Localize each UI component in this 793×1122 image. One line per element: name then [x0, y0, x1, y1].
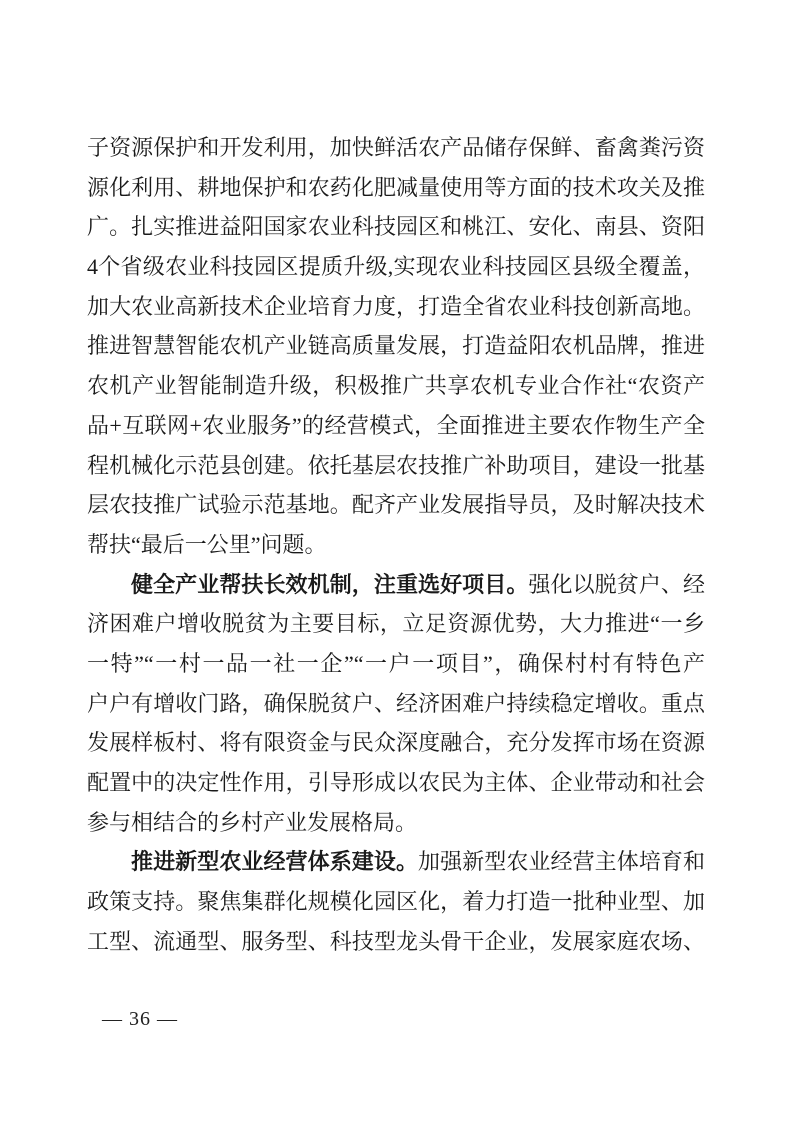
line-text: 强化以脱贫户、经 [528, 572, 705, 597]
text-line: 帮扶“最后一公里”问题。 [87, 525, 705, 565]
line-text: 源化利用、耕地保护和农药化肥减量使用等方面的技术攻关及推 [87, 175, 705, 200]
text-line: 推进智慧智能农机产业链高质量发展，打造益阳农机品牌，推进 [87, 326, 705, 366]
line-text: 子资源保护和开发利用，加快鲜活农产品储存保鲜、畜禽粪污资 [87, 135, 705, 160]
text-line: 源化利用、耕地保护和农药化肥减量使用等方面的技术攻关及推 [87, 168, 705, 208]
text-line: 政策支持。聚焦集群化规模化园区化，着力打造一批种业型、加 [87, 882, 705, 922]
line-text: 济困难户增收脱贫为主要目标，立足资源优势，大力推进“一乡 [87, 611, 705, 636]
bold-lead: 健全产业帮扶长效机制，注重选好项目。 [131, 572, 528, 597]
text-line: 健全产业帮扶长效机制，注重选好项目。强化以脱贫户、经 [87, 565, 705, 605]
text-line: 工型、流通型、服务型、科技型龙头骨干企业，发展家庭农场、 [87, 922, 705, 962]
text-line: 加大农业高新技术企业培育力度，打造全省农业科技创新高地。 [87, 287, 705, 327]
line-text: 推进智慧智能农机产业链高质量发展，打造益阳农机品牌，推进 [87, 333, 705, 358]
line-text: 加强新型农业经营主体培育和 [418, 849, 705, 874]
line-text: 农机产业智能制造升级，积极推广共享农机专业合作社“农资产 [87, 373, 705, 398]
document-page: 子资源保护和开发利用，加快鲜活农产品储存保鲜、畜禽粪污资 源化利用、耕地保护和农… [0, 0, 793, 1122]
line-text: 广。扎实推进益阳国家农业科技园区和桃江、安化、南县、资阳 [87, 214, 705, 239]
text-line: 济困难户增收脱贫为主要目标，立足资源优势，大力推进“一乡 [87, 604, 705, 644]
line-text: 政策支持。聚焦集群化规模化园区化，着力打造一批种业型、加 [87, 889, 705, 914]
text-line: 程机械化示范县创建。依托基层农技推广补助项目，建设一批基 [87, 446, 705, 486]
text-line: 参与相结合的乡村产业发展格局。 [87, 803, 705, 843]
page-number-label: — 36 — [102, 1008, 178, 1030]
text-line: 户户有增收门路，确保脱贫户、经济困难户持续稳定增收。重点 [87, 684, 705, 724]
text-line: 广。扎实推进益阳国家农业科技园区和桃江、安化、南县、资阳 [87, 207, 705, 247]
text-line: 一特”“一村一品一社一企”“一户一项目”，确保村村有特色产业， [87, 644, 705, 684]
line-text: 层农技推广试验示范基地。配齐产业发展指导员，及时解决技术 [87, 492, 705, 517]
line-text: 配置中的决定性作用，引导形成以农民为主体、企业带动和社会 [87, 770, 705, 795]
line-text: 加大农业高新技术企业培育力度，打造全省农业科技创新高地。 [87, 294, 705, 319]
paragraph-industry-support: 健全产业帮扶长效机制，注重选好项目。强化以脱贫户、经 济困难户增收脱贫为主要目标… [87, 565, 705, 843]
text-line: 品+互联网+农业服务”的经营模式，全面推进主要农作物生产全 [87, 406, 705, 446]
line-text: 工型、流通型、服务型、科技型龙头骨干企业，发展家庭农场、 [87, 929, 705, 954]
line-text: 品+互联网+农业服务”的经营模式，全面推进主要农作物生产全 [87, 413, 705, 438]
text-line: 4个省级农业科技园区提质升级,实现农业科技园区县级全覆盖， [87, 247, 705, 287]
text-line: 配置中的决定性作用，引导形成以农民为主体、企业带动和社会 [87, 763, 705, 803]
line-text: 发展样板村、将有限资金与民众深度融合，充分发挥市场在资源 [87, 730, 705, 755]
line-text: 户户有增收门路，确保脱贫户、经济困难户持续稳定增收。重点 [87, 691, 705, 716]
text-line: 农机产业智能制造升级，积极推广共享农机专业合作社“农资产 [87, 366, 705, 406]
paragraph-continued: 子资源保护和开发利用，加快鲜活农产品储存保鲜、畜禽粪污资 源化利用、耕地保护和农… [87, 128, 705, 565]
paragraph-new-agriculture-system: 推进新型农业经营体系建设。加强新型农业经营主体培育和 政策支持。聚焦集群化规模化… [87, 842, 705, 961]
page-number: — 36 — [102, 1005, 178, 1033]
bold-lead: 推进新型农业经营体系建设。 [131, 849, 418, 874]
line-text: 帮扶“最后一公里”问题。 [87, 532, 327, 557]
document-body: 子资源保护和开发利用，加快鲜活农产品储存保鲜、畜禽粪污资 源化利用、耕地保护和农… [87, 128, 705, 961]
line-text: 4个省级农业科技园区提质升级,实现农业科技园区县级全覆盖， [87, 254, 705, 279]
text-line: 子资源保护和开发利用，加快鲜活农产品储存保鲜、畜禽粪污资 [87, 128, 705, 168]
text-line: 层农技推广试验示范基地。配齐产业发展指导员，及时解决技术 [87, 485, 705, 525]
text-line: 推进新型农业经营体系建设。加强新型农业经营主体培育和 [87, 842, 705, 882]
line-text: 一特”“一村一品一社一企”“一户一项目”，确保村村有特色产业， [87, 651, 705, 684]
line-text: 参与相结合的乡村产业发展格局。 [87, 810, 417, 835]
line-text: 程机械化示范县创建。依托基层农技推广补助项目，建设一批基 [87, 453, 705, 478]
text-line: 发展样板村、将有限资金与民众深度融合，充分发挥市场在资源 [87, 723, 705, 763]
